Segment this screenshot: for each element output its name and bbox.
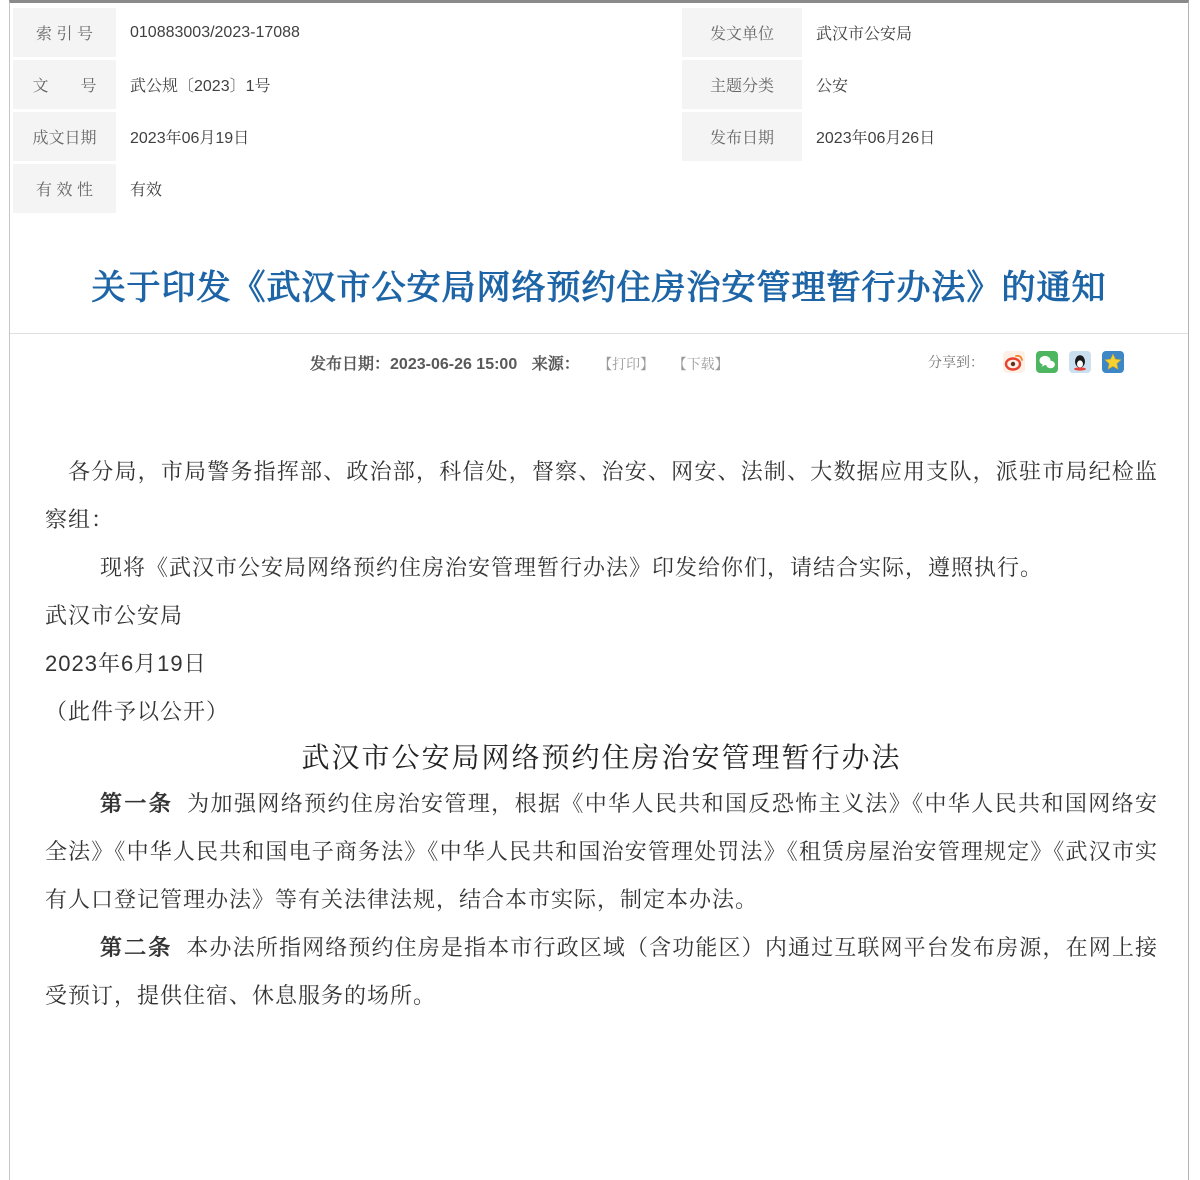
page-title: 关于印发《武汉市公安局网络预约住房治安管理暂行办法》的通知 <box>30 260 1168 309</box>
meta-label: 有 效 性 <box>13 164 116 213</box>
article-1-number: 第一条 <box>100 791 173 816</box>
metadata-table: 索 引 号 010883003/2023-17088 文 号 武公规〔2023〕… <box>10 3 1188 216</box>
download-button[interactable]: 【下载】 <box>673 356 729 372</box>
meta-label: 发布日期 <box>682 112 802 161</box>
publish-datetime: 2023-06-26 15:00 <box>390 356 517 373</box>
meta-row-validity: 有 效 性 有效 <box>13 164 600 213</box>
meta-value: 有效 <box>116 177 162 200</box>
article-2-text: 本办法所指网络预约住房是指本市行政区域（含功能区）内通过互联网平台发布房源，在网… <box>45 935 1158 1008</box>
meta-label: 索 引 号 <box>13 8 116 57</box>
article-2-paragraph: 第二条本办法所指网络预约住房是指本市行政区域（含功能区）内通过互联网平台发布房源… <box>45 924 1158 1020</box>
article-1-text: 为加强网络预约住房治安管理，根据《中华人民共和国反恐怖主义法》《中华人民共和国网… <box>45 791 1158 912</box>
meta-value: 武汉市公安局 <box>802 21 912 44</box>
title-section: 关于印发《武汉市公安局网络预约住房治安管理暂行办法》的通知 <box>10 216 1188 334</box>
metadata-left-column: 索 引 号 010883003/2023-17088 文 号 武公规〔2023〕… <box>13 8 600 216</box>
meta-row-issuing-unit: 发文单位 武汉市公安局 <box>682 8 1188 57</box>
meta-value: 武公规〔2023〕1号 <box>116 73 271 96</box>
article-2-number: 第二条 <box>100 935 172 960</box>
print-button[interactable]: 【打印】 <box>598 356 654 372</box>
meta-row-topic-category: 主题分类 公安 <box>682 60 1188 109</box>
weibo-share-icon[interactable] <box>1003 351 1025 373</box>
intro-paragraph: 现将《武汉市公安局网络预约住房治安管理暂行办法》印发给你们，请结合实际，遵照执行… <box>45 544 1158 592</box>
publish-info-row: 发布日期：2023-06-26 15:00 来源： 【打印】 【下载】 分享到： <box>10 334 1188 390</box>
meta-label: 文 号 <box>13 60 116 109</box>
meta-value: 2023年06月26日 <box>802 125 935 148</box>
meta-row-publish-date: 发布日期 2023年06月26日 <box>682 112 1188 161</box>
publish-date-label: 发布日期： <box>310 356 390 373</box>
meta-label: 主题分类 <box>682 60 802 109</box>
measures-title: 武汉市公安局网络预约住房治安管理暂行办法 <box>45 736 1158 780</box>
meta-row-index-number: 索 引 号 010883003/2023-17088 <box>13 8 600 57</box>
meta-value: 2023年06月19日 <box>116 125 249 148</box>
qzone-share-icon[interactable] <box>1102 351 1124 373</box>
document-body: 各分局，市局警务指挥部、政治部，科信处，督察、治安、网安、法制、大数据应用支队，… <box>10 390 1188 1040</box>
share-toolbar: 分享到： <box>928 351 1124 373</box>
document-page: 索 引 号 010883003/2023-17088 文 号 武公规〔2023〕… <box>9 0 1189 1180</box>
wechat-share-icon[interactable] <box>1036 351 1058 373</box>
meta-value: 公安 <box>802 73 848 96</box>
salutation-paragraph: 各分局，市局警务指挥部、政治部，科信处，督察、治安、网安、法制、大数据应用支队，… <box>45 448 1158 544</box>
publish-info: 发布日期：2023-06-26 15:00 来源： 【打印】 【下载】 <box>310 351 729 374</box>
signature-org: 武汉市公安局 <box>45 592 1158 640</box>
signature-date: 2023年6月19日 <box>45 640 1158 688</box>
share-label: 分享到： <box>928 352 984 372</box>
meta-label: 发文单位 <box>682 8 802 57</box>
qq-share-icon[interactable] <box>1069 351 1091 373</box>
metadata-right-column: 发文单位 武汉市公安局 主题分类 公安 发布日期 2023年06月26日 <box>600 8 1188 216</box>
meta-label: 成文日期 <box>13 112 116 161</box>
article-1-paragraph: 第一条为加强网络预约住房治安管理，根据《中华人民共和国反恐怖主义法》《中华人民共… <box>45 780 1158 924</box>
meta-row-doc-number: 文 号 武公规〔2023〕1号 <box>13 60 600 109</box>
meta-value: 010883003/2023-17088 <box>116 24 300 42</box>
source-label: 来源： <box>532 356 580 373</box>
meta-row-written-date: 成文日期 2023年06月19日 <box>13 112 600 161</box>
public-note: （此件予以公开） <box>45 688 1158 736</box>
